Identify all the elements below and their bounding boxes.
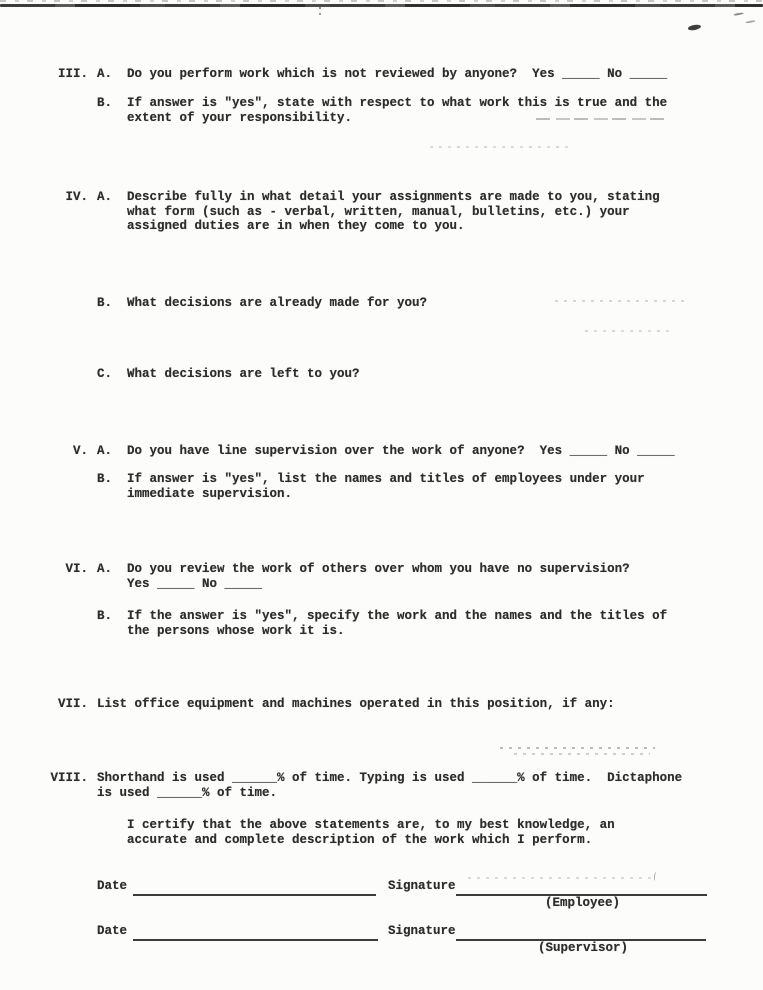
signer-role-label: (Supervisor)	[538, 941, 628, 956]
item-letter: B.	[97, 96, 112, 111]
scan-edge-dashes	[0, 0, 763, 2]
date-blank-line	[133, 879, 376, 896]
signature-label: Signature	[388, 879, 456, 894]
question-text: Describe fully in what detail your assig…	[127, 190, 660, 234]
ink-smudge	[688, 24, 702, 32]
scan-edge-line	[0, 4, 763, 7]
scan-noise	[555, 300, 685, 302]
question-text: List office equipment and machines opera…	[97, 697, 615, 712]
question-text: If answer is "yes", state with respect t…	[127, 96, 667, 125]
scan-noise	[500, 747, 655, 749]
item-letter: A.	[97, 444, 112, 459]
certification-text: I certify that the above statements are,…	[127, 818, 615, 847]
question-text: Do you perform work which is not reviewe…	[127, 67, 667, 82]
question-text: Shorthand is used ______% of time. Typin…	[97, 771, 682, 800]
scan-noise	[585, 330, 675, 332]
item-letter: B.	[97, 296, 112, 311]
date-blank-line	[133, 924, 378, 941]
question-text: What decisions are already made for you?	[127, 296, 427, 311]
item-letter: C.	[97, 367, 112, 382]
section-numeral: V.	[30, 444, 88, 459]
item-letter: B.	[97, 609, 112, 624]
question-text: If the answer is "yes", specify the work…	[127, 609, 667, 638]
section-numeral: IV.	[30, 190, 88, 205]
section-numeral: VII.	[30, 697, 88, 712]
item-letter: B.	[97, 472, 112, 487]
faint-page-mark	[319, 7, 321, 9]
section-numeral: VIII.	[30, 771, 88, 786]
question-text: Do you have line supervision over the wo…	[127, 444, 675, 459]
question-text: Do you review the work of others over wh…	[127, 562, 630, 591]
section-numeral: III.	[30, 67, 88, 82]
item-letter: A.	[97, 562, 112, 577]
item-letter: A.	[97, 67, 112, 82]
signature-blank-line	[456, 924, 706, 941]
item-letter: A.	[97, 190, 112, 205]
signature-label: Signature	[388, 924, 456, 939]
signature-blank-line	[456, 879, 707, 896]
section-numeral: VI.	[30, 562, 88, 577]
question-text: If answer is "yes", list the names and t…	[127, 472, 645, 501]
question-text: What decisions are left to you?	[127, 367, 360, 382]
signer-role-label: (Employee)	[545, 896, 620, 911]
scan-noise	[514, 753, 650, 755]
scan-noise	[430, 146, 570, 148]
date-label: Date	[97, 924, 127, 939]
scanned-form-page: III. A. Do you perform work which is not…	[0, 0, 763, 990]
date-label: Date	[97, 879, 127, 894]
